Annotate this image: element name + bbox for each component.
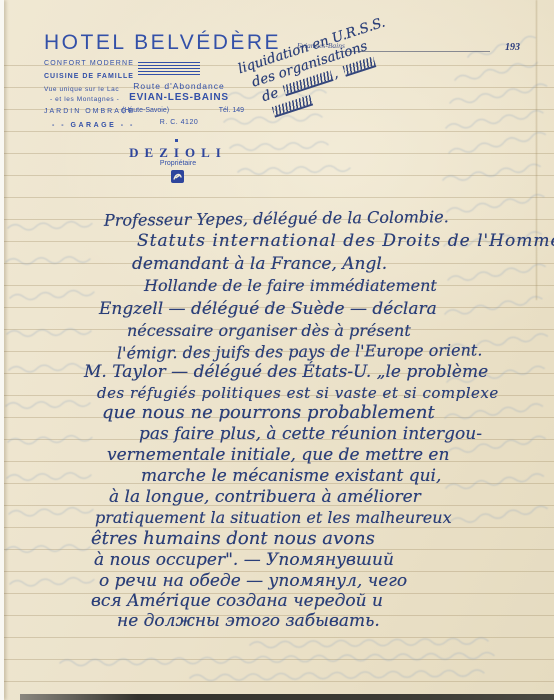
handwritten-line: nécessaire organiser dès à présent (127, 321, 411, 341)
handwritten-line: не должны этого забывать. (117, 611, 380, 631)
dateline-year: 193 (505, 42, 520, 53)
handwritten-line: l'émigr. des juifs des pays de l'Europe … (117, 340, 483, 363)
decorative-rules (138, 62, 200, 77)
handwritten-line: Engzell — délégué de Suède — déclara (99, 299, 437, 319)
hotel-route: Route d'Abondance (118, 81, 240, 91)
handwritten-line: Professeur Yepes, délégué de la Colombie… (104, 207, 449, 231)
proprietor-title: Propriétaire (98, 160, 258, 167)
handwritten-line: vernementale initiale, que de mettre en (107, 445, 449, 465)
handwritten-line: à la longue, contribuera à améliorer (109, 487, 421, 507)
handwritten-line: à nous occuper". — Упомянувший (94, 550, 394, 570)
hotel-registry: R. C. 4120 (118, 119, 240, 126)
scan-edge-left (0, 0, 4, 700)
letterhead-feature: Vue unique sur le Lac (44, 86, 119, 93)
hotel-city: EVIAN-LES-BAINS (118, 92, 240, 103)
hotel-department-tel: (Haute-Savoie) Tél. 149 (118, 107, 248, 114)
handwritten-line: demandant à la France, Angl. (132, 254, 387, 274)
proprietor-name: DEZIOLI (98, 145, 258, 161)
handwritten-line: M. Taylor — délégué des États-U. „le pro… (84, 362, 488, 382)
handwritten-line: êtres humains dont nous avons (91, 529, 375, 549)
paper-crease (536, 0, 537, 300)
handwritten-line: des réfugiés politiques est si vaste et … (97, 383, 499, 403)
letterhead-feature: - et les Montagnes - (44, 96, 119, 103)
hotel-name: HOTEL BELVÉDÈRE (44, 31, 281, 55)
handwritten-line: pratiquement la situation et les malheur… (95, 508, 452, 528)
letterhead-feature: CUISINE DE FAMILLE (44, 73, 134, 80)
hotel-telephone: Tél. 149 (219, 107, 244, 114)
scan-edge-bottom (20, 694, 554, 700)
scanned-letter-page: HOTEL BELVÉDÈRE CONFORT MODERNE CUISINE … (0, 0, 554, 700)
separator-dot (175, 139, 178, 142)
handwritten-line: marche le mécanisme existant qui, (141, 466, 441, 486)
handwritten-line: pas faire plus, à cette réunion intergou… (139, 424, 482, 444)
handwritten-line: Statuts international des Droits de l'Ho… (137, 231, 554, 251)
handwritten-line: вся Amérique создана чередой и (91, 591, 383, 611)
handwritten-line: Hollande de le faire immédiatement (144, 276, 437, 296)
letterhead-feature: CONFORT MODERNE (44, 60, 134, 67)
handwritten-line: о речи на обеде — упомянул, чего (99, 571, 407, 591)
hotel-monogram-icon (171, 170, 184, 183)
handwritten-line: que nous ne pourrons probablement (102, 403, 435, 423)
hotel-department: (Haute-Savoie) (122, 107, 169, 114)
